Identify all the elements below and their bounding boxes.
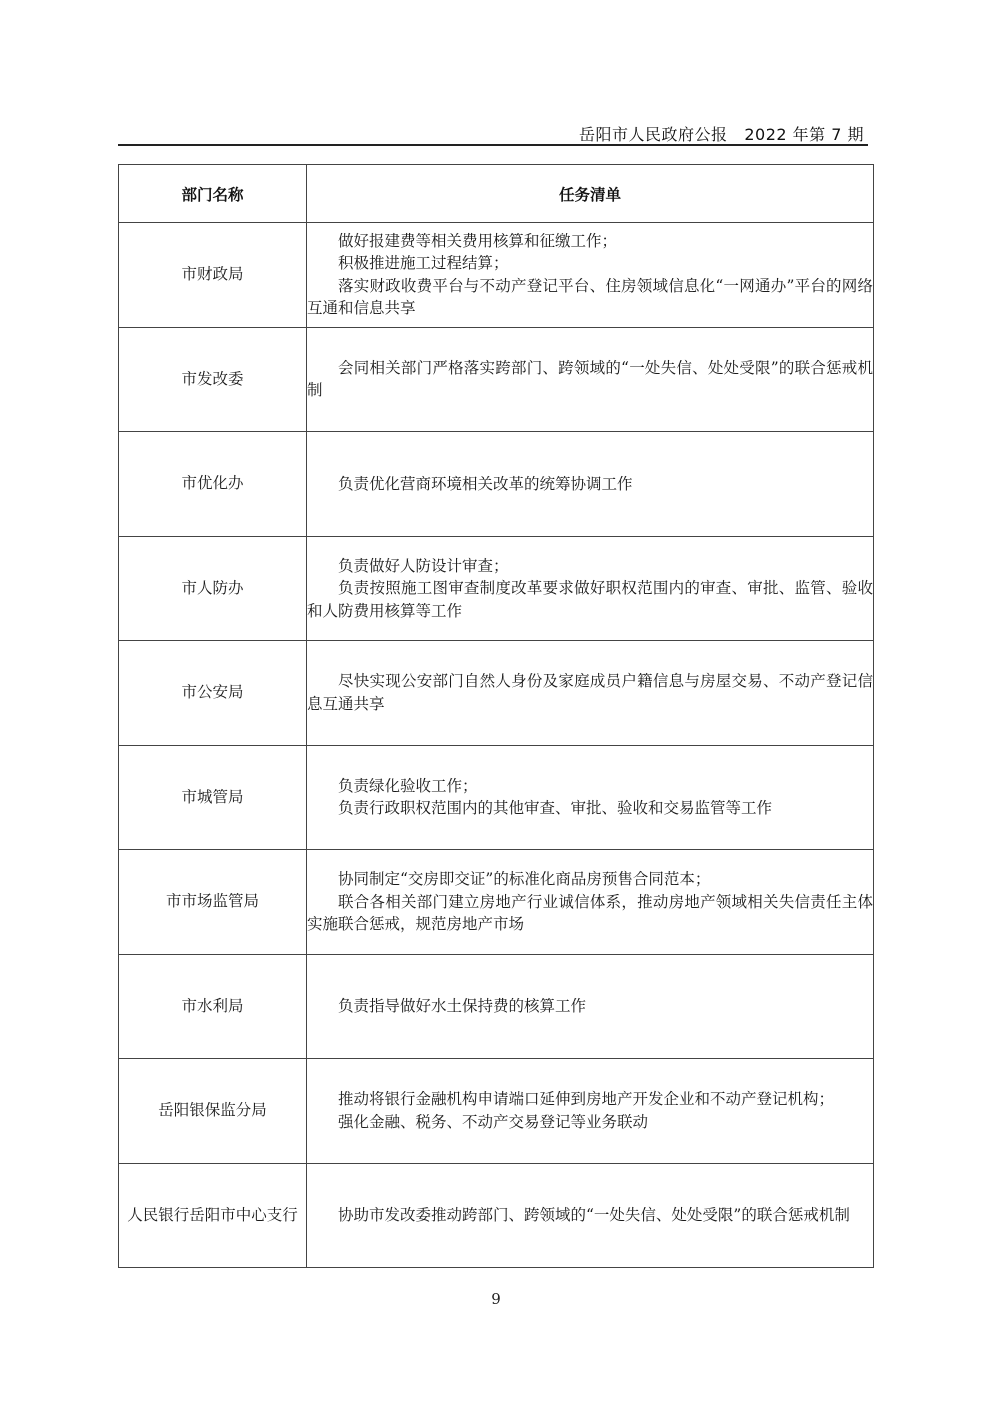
task-item: 协同制定“交房即交证”的标准化商品房预售合同范本；: [307, 868, 873, 891]
task-item: 负责绿化验收工作；: [307, 775, 873, 798]
task-item: 强化金融、税务、不动产交易登记等业务联动: [307, 1111, 873, 1134]
department-name: 市水利局: [119, 954, 307, 1059]
department-name: 人民银行岳阳市中心支行: [119, 1163, 307, 1268]
task-table: 部门名称 任务清单 市财政局做好报建费等相关费用核算和征缴工作；积极推进施工过程…: [118, 164, 874, 1268]
page-header: 岳阳市人民政府公报 2022 年第 7 期: [118, 118, 868, 146]
table-row: 市人防办负责做好人防设计审查；负责按照施工图审查制度改革要求做好职权范围内的审查…: [119, 536, 874, 641]
task-item: 推动将银行金融机构申请端口延伸到房地产开发企业和不动产登记机构；: [307, 1088, 873, 1111]
task-item: 协助市发改委推动跨部门、跨领域的“一处失信、处处受限”的联合惩戒机制: [307, 1204, 873, 1227]
task-list: 协同制定“交房即交证”的标准化商品房预售合同范本；联合各相关部门建立房地产行业诚…: [307, 850, 874, 955]
task-item: 积极推进施工过程结算；: [307, 252, 873, 275]
department-name: 市发改委: [119, 327, 307, 432]
issue-number: 2022 年第 7 期: [744, 125, 864, 144]
page-number: 9: [0, 1290, 992, 1308]
column-header-tasks: 任务清单: [307, 165, 874, 223]
task-list: 做好报建费等相关费用核算和征缴工作；积极推进施工过程结算；落实财政收费平台与不动…: [307, 223, 874, 328]
table-row: 岳阳银保监分局推动将银行金融机构申请端口延伸到房地产开发企业和不动产登记机构；强…: [119, 1059, 874, 1164]
department-name: 市市场监管局: [119, 850, 307, 955]
task-item: 负责按照施工图审查制度改革要求做好职权范围内的审查、审批、监管、验收和人防费用核…: [307, 577, 873, 622]
task-list: 负责优化营商环境相关改革的统筹协调工作: [307, 432, 874, 537]
task-item: 尽快实现公安部门自然人身份及家庭成员户籍信息与房屋交易、不动产登记信息互通共享: [307, 670, 873, 715]
table-row: 市财政局做好报建费等相关费用核算和征缴工作；积极推进施工过程结算；落实财政收费平…: [119, 223, 874, 328]
task-item: 负责优化营商环境相关改革的统筹协调工作: [307, 473, 873, 496]
header-rule: [118, 144, 868, 146]
task-list: 负责做好人防设计审查；负责按照施工图审查制度改革要求做好职权范围内的审查、审批、…: [307, 536, 874, 641]
task-list: 负责绿化验收工作；负责行政职权范围内的其他审查、审批、验收和交易监管等工作: [307, 745, 874, 850]
task-item: 负责做好人防设计审查；: [307, 555, 873, 578]
task-list: 协助市发改委推动跨部门、跨领域的“一处失信、处处受限”的联合惩戒机制: [307, 1163, 874, 1268]
table-header-row: 部门名称 任务清单: [119, 165, 874, 223]
header-text: 岳阳市人民政府公报 2022 年第 7 期: [579, 122, 864, 145]
table-body: 市财政局做好报建费等相关费用核算和征缴工作；积极推进施工过程结算；落实财政收费平…: [119, 223, 874, 1268]
task-list: 尽快实现公安部门自然人身份及家庭成员户籍信息与房屋交易、不动产登记信息互通共享: [307, 641, 874, 746]
task-list: 负责指导做好水土保持费的核算工作: [307, 954, 874, 1059]
table-row: 人民银行岳阳市中心支行协助市发改委推动跨部门、跨领域的“一处失信、处处受限”的联…: [119, 1163, 874, 1268]
department-name: 市城管局: [119, 745, 307, 850]
task-item: 落实财政收费平台与不动产登记平台、住房领域信息化“一网通办”平台的网络互通和信息…: [307, 275, 873, 320]
task-item: 做好报建费等相关费用核算和征缴工作；: [307, 230, 873, 253]
department-name: 市公安局: [119, 641, 307, 746]
task-list: 推动将银行金融机构申请端口延伸到房地产开发企业和不动产登记机构；强化金融、税务、…: [307, 1059, 874, 1164]
table-row: 市水利局负责指导做好水土保持费的核算工作: [119, 954, 874, 1059]
department-name: 岳阳银保监分局: [119, 1059, 307, 1164]
journal-title: 岳阳市人民政府公报: [579, 125, 728, 144]
column-header-dept: 部门名称: [119, 165, 307, 223]
task-item: 联合各相关部门建立房地产行业诚信体系，推动房地产领域相关失信责任主体实施联合惩戒…: [307, 891, 873, 936]
table-row: 市发改委会同相关部门严格落实跨部门、跨领域的“一处失信、处处受限”的联合惩戒机制: [119, 327, 874, 432]
table-row: 市城管局负责绿化验收工作；负责行政职权范围内的其他审查、审批、验收和交易监管等工…: [119, 745, 874, 850]
table-row: 市市场监管局协同制定“交房即交证”的标准化商品房预售合同范本；联合各相关部门建立…: [119, 850, 874, 955]
table-row: 市公安局尽快实现公安部门自然人身份及家庭成员户籍信息与房屋交易、不动产登记信息互…: [119, 641, 874, 746]
department-name: 市人防办: [119, 536, 307, 641]
task-list: 会同相关部门严格落实跨部门、跨领域的“一处失信、处处受限”的联合惩戒机制: [307, 327, 874, 432]
department-name: 市优化办: [119, 432, 307, 537]
department-name: 市财政局: [119, 223, 307, 328]
task-item: 会同相关部门严格落实跨部门、跨领域的“一处失信、处处受限”的联合惩戒机制: [307, 357, 873, 402]
task-item: 负责行政职权范围内的其他审查、审批、验收和交易监管等工作: [307, 797, 873, 820]
task-item: 负责指导做好水土保持费的核算工作: [307, 995, 873, 1018]
table-row: 市优化办负责优化营商环境相关改革的统筹协调工作: [119, 432, 874, 537]
